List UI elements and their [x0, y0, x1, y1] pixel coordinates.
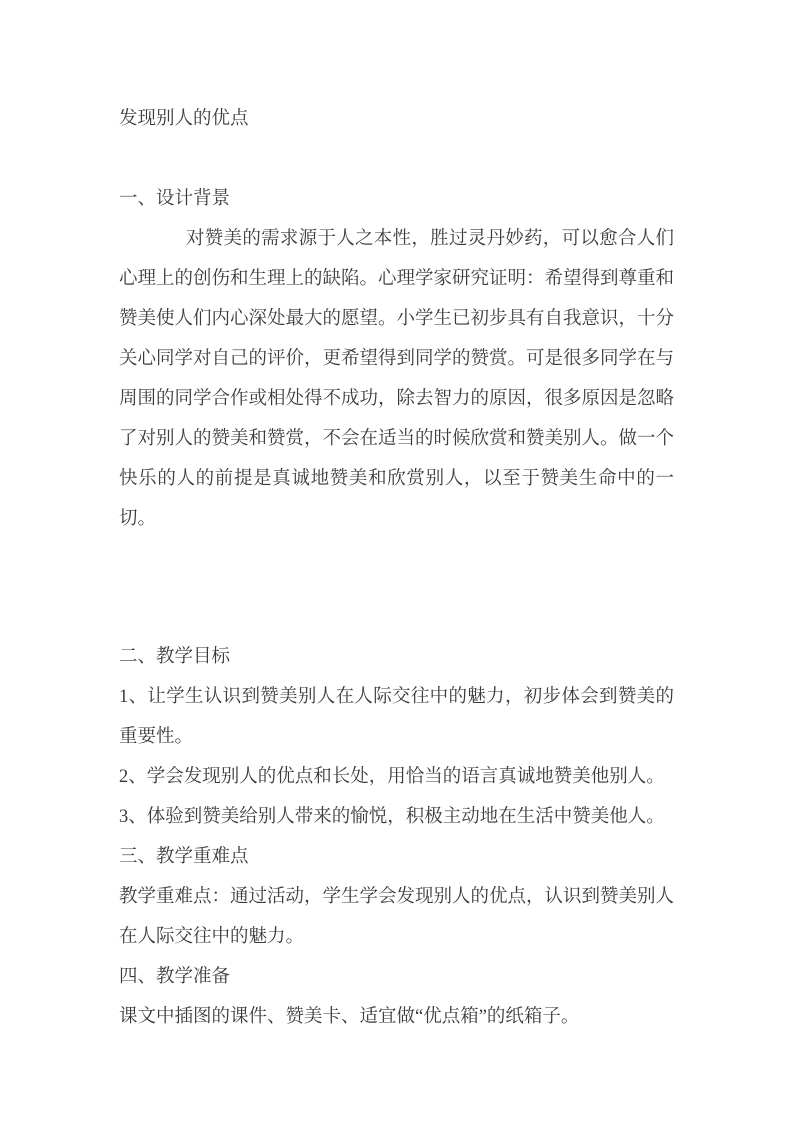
teaching-goal-item-2: 2、学会发现别人的优点和长处，用恰当的语言真诚地赞美他别人。 — [119, 757, 674, 797]
design-background-paragraph: 对赞美的需求源于人之本性，胜过灵丹妙药，可以愈合人们心理上的创伤和生理上的缺陷。… — [119, 219, 674, 539]
section-heading-design-background: 一、设计背景 — [119, 179, 674, 219]
blank-space — [119, 539, 674, 637]
key-points-paragraph: 教学重难点：通过活动，学生学会发现别人的优点，认识到赞美别人在人际交往中的魅力。 — [119, 877, 674, 957]
section-heading-key-points: 三、教学重难点 — [119, 837, 674, 877]
document-title: 发现别人的优点 — [119, 99, 674, 139]
section-heading-preparation: 四、教学准备 — [119, 957, 674, 997]
teaching-goal-item-1: 1、让学生认识到赞美别人在人际交往中的魅力，初步体会到赞美的重要性。 — [119, 677, 674, 757]
section-heading-teaching-goals: 二、教学目标 — [119, 637, 674, 677]
preparation-paragraph: 课文中插图的课件、赞美卡、适宜做“优点箱”的纸箱子。 — [119, 997, 674, 1037]
teaching-goal-item-3: 3、体验到赞美给别人带来的愉悦，积极主动地在生活中赞美他人。 — [119, 797, 674, 837]
document-page: 发现别人的优点 一、设计背景 对赞美的需求源于人之本性，胜过灵丹妙药，可以愈合人… — [0, 0, 793, 1122]
